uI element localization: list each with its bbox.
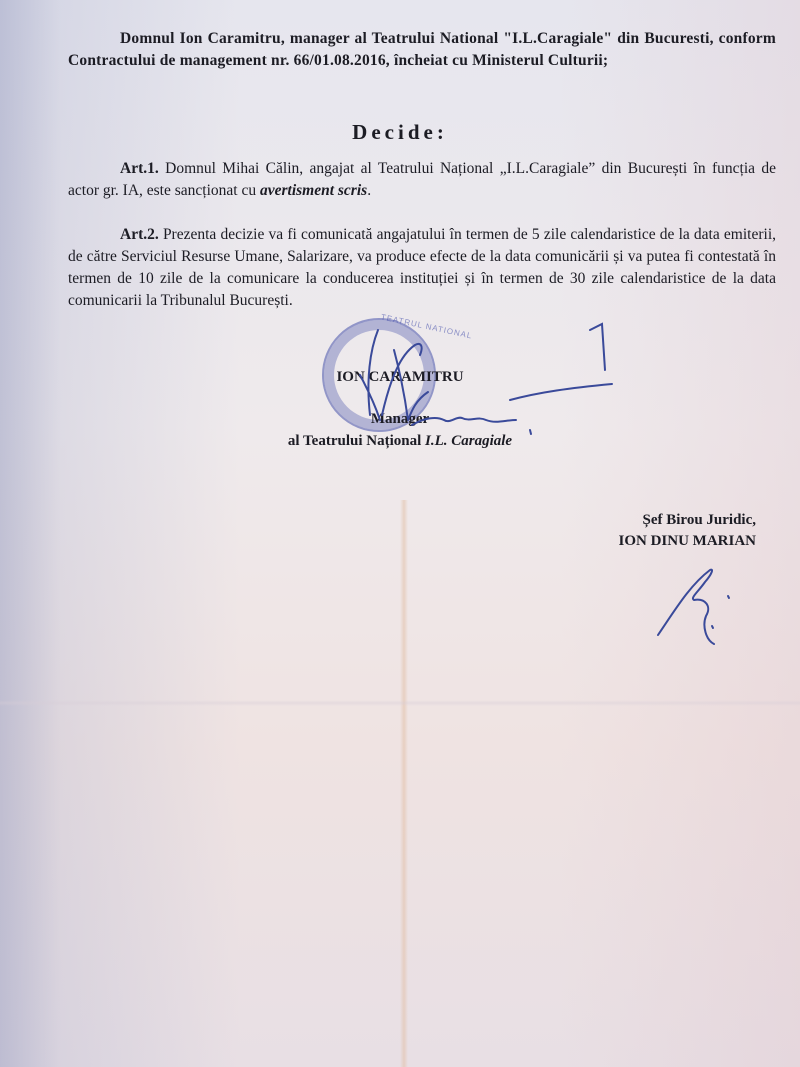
article-1-end: . <box>367 182 371 199</box>
stamp-text: TEATRUL NATIONAL <box>380 312 473 340</box>
paper-sheet: Domnul Ion Caramitru, manager al Teatrul… <box>0 0 800 1067</box>
article-2-text: Prezenta decizie va fi comunicată angaja… <box>68 226 776 309</box>
article-1: Art.1. Domnul Mihai Călin, angajat al Te… <box>68 158 776 202</box>
legal-office-name: ION DINU MARIAN <box>586 531 756 552</box>
manager-institution: al Teatrului Național I.L. Caragiale <box>0 430 800 452</box>
decide-heading: Decide: <box>0 120 800 145</box>
institution-prefix: al Teatrului Național <box>288 433 425 449</box>
article-2-label: Art.2. <box>120 226 159 243</box>
article-2: Art.2. Prezenta decizie va fi comunicată… <box>68 224 776 312</box>
fold-crease-horizontal <box>0 700 800 706</box>
article-1-label: Art.1. <box>120 160 159 177</box>
handwritten-number-1 <box>590 324 605 370</box>
legal-office-signature-block: Șef Birou Juridic, ION DINU MARIAN <box>586 510 756 552</box>
manager-role: Manager <box>0 408 800 430</box>
legal-office-signature <box>650 560 750 650</box>
article-1-text: Domnul Mihai Călin, angajat al Teatrului… <box>68 160 776 199</box>
paper-shadow <box>0 0 60 1067</box>
article-1-sanction: avertisment scris <box>260 182 367 199</box>
fold-crease-vertical <box>400 500 408 1067</box>
intro-paragraph: Domnul Ion Caramitru, manager al Teatrul… <box>68 28 776 72</box>
legal-office-title: Șef Birou Juridic, <box>586 510 756 531</box>
institution-name: I.L. Caragiale <box>425 433 512 449</box>
manager-name: ION CARAMITRU <box>0 366 800 388</box>
manager-signature-block: ION CARAMITRU Manager al Teatrului Națio… <box>0 366 800 452</box>
intro-text: Domnul Ion Caramitru, manager al Teatrul… <box>68 30 776 69</box>
